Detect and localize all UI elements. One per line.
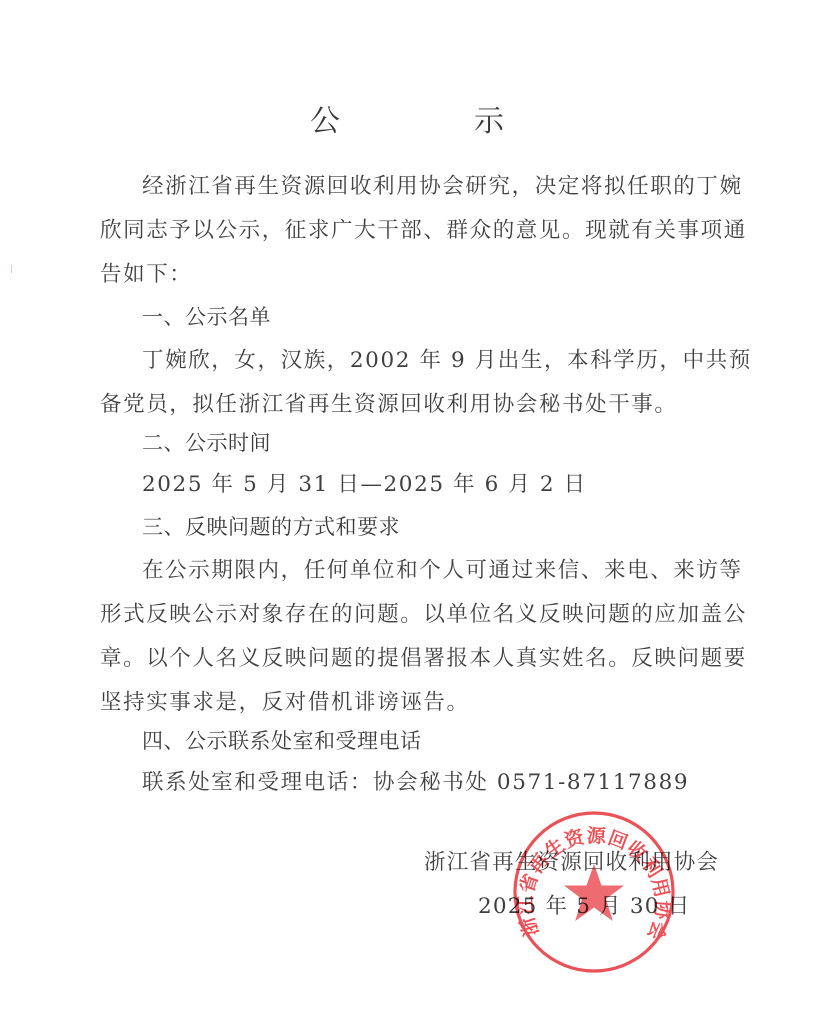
notice-document: 公 示 经浙江省再生资源回收利用协会研究，决定将拟任职的丁婉 欣同志予以公示，征… xyxy=(0,0,814,1034)
section-line: 备党员，拟任浙江省再生资源回收利用协会秘书处干事。 xyxy=(100,390,720,420)
section-heading-list: 一、公示名单 xyxy=(142,302,762,332)
document-title: 公 示 xyxy=(0,96,814,140)
star-icon xyxy=(564,864,624,921)
section-line: 2025 年 5 月 31 日—2025 年 6 月 2 日 xyxy=(142,470,762,500)
intro-line: 欣同志予以公示，征求广大干部、群众的意见。现就有关事项通 xyxy=(100,216,720,246)
contact-line: 联系处室和受理电话：协会秘书处 0571-87117889 xyxy=(142,768,762,798)
section-heading-contact: 四、公示联系处室和受理电话 xyxy=(142,726,762,756)
official-seal: 浙江省再生资源回收利用协会 xyxy=(512,810,676,974)
section-heading-period: 二、公示时间 xyxy=(142,428,762,458)
intro-line: 告如下： xyxy=(100,260,720,290)
section-line: 章。以个人名义反映问题的提倡署报本人真实姓名。反映问题要 xyxy=(100,644,720,674)
section-line: 在公示期限内，任何单位和个人可通过来信、来电、来访等 xyxy=(142,556,762,586)
intro-line: 经浙江省再生资源回收利用协会研究，决定将拟任职的丁婉 xyxy=(142,172,762,202)
section-line: 坚持实事求是，反对借机诽谤诬告。 xyxy=(100,688,720,718)
section-line: 丁婉欣，女，汉族，2002 年 9 月出生，本科学历，中共预 xyxy=(142,346,762,376)
section-heading-feedback: 三、反映问题的方式和要求 xyxy=(142,512,762,542)
scan-margin-mark xyxy=(11,265,12,273)
section-line: 形式反映公示对象存在的问题。以单位名义反映问题的应加盖公 xyxy=(100,600,720,630)
